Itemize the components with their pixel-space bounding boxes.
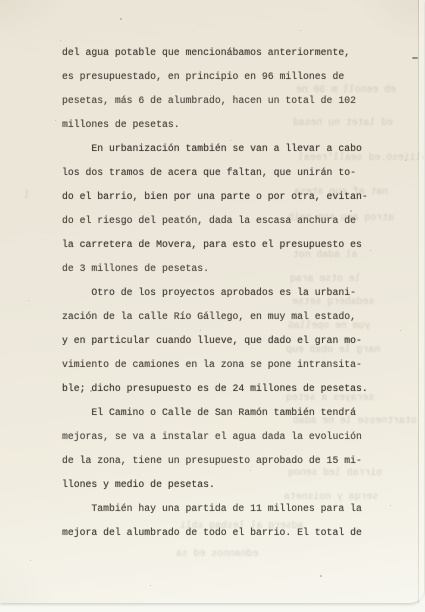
text-line: También hay una partida de 11 millones p… bbox=[62, 497, 402, 521]
text-line: En urbanización también se van a llevar … bbox=[62, 137, 402, 161]
text-line: llones y medio de pesetas. bbox=[62, 473, 402, 497]
text-line: la carretera de Movera, para esto el pre… bbox=[62, 233, 402, 257]
paper-speckle bbox=[30, 560, 31, 561]
paper-speckle bbox=[405, 160, 406, 161]
paper-speckle bbox=[120, 18, 122, 20]
ink-smudge bbox=[412, 57, 418, 59]
text-line: Otro de los proyectos aprobados es la ur… bbox=[62, 281, 402, 305]
text-line: do el barrio, bien por una parte o por o… bbox=[62, 185, 402, 209]
text-line: y en particular cuando llueve, que dado … bbox=[62, 329, 402, 353]
text-line: es presupuestado, en principio en 96 mil… bbox=[62, 65, 402, 89]
scan-right-edge bbox=[419, 0, 424, 603]
bleed-through-text: ednannos ed sa bbox=[176, 548, 258, 560]
text-line: del agua potable que mencionábamos anter… bbox=[62, 41, 402, 65]
text-line: pesetas, más 6 de alumbrado, hacen un to… bbox=[62, 89, 402, 113]
paper-speckle bbox=[350, 210, 352, 212]
paper-speckle bbox=[210, 95, 211, 96]
paper-speckle bbox=[400, 330, 401, 331]
paper-speckle bbox=[230, 140, 231, 141]
text-line: do el riesgo del peatón, dada la escasa … bbox=[62, 209, 402, 233]
text-line: los dos tramos de acera que faltan, que … bbox=[62, 161, 402, 185]
text-line: zación de la calle Río Gállego, en muy m… bbox=[62, 305, 402, 329]
paper-speckle bbox=[150, 585, 151, 586]
text-line: millones de pesetas. bbox=[62, 113, 402, 137]
text-line: vimiento de camiones en la zona se pone … bbox=[62, 353, 402, 377]
text-line: ble; dicho presupuesto es de 24 millones… bbox=[62, 377, 402, 401]
paper-speckle bbox=[250, 470, 251, 471]
text-line: mejoras, se va a instalar el agua dada l… bbox=[62, 425, 402, 449]
text-line: de la zona, tiene un presupuesto aprobad… bbox=[62, 449, 402, 473]
document-page: eb eenoll m 30 need latet nu nesaddaliie… bbox=[0, 0, 424, 603]
paper-speckle bbox=[200, 330, 201, 331]
paper-speckle bbox=[55, 120, 56, 121]
paper-speckle bbox=[28, 300, 29, 301]
paper-speckle bbox=[90, 390, 92, 392]
paper-speckle bbox=[390, 505, 391, 506]
bleed-through-text: l bbox=[24, 190, 30, 202]
text-line: mejora del alumbrado de todo el barrio. … bbox=[62, 521, 402, 545]
paper-speckle bbox=[60, 40, 61, 41]
text-line: El Camino o Calle de San Ramón también t… bbox=[62, 401, 402, 425]
paper-speckle bbox=[300, 30, 301, 31]
text-line: de 3 millones de pesetas. bbox=[62, 257, 402, 281]
paper-speckle bbox=[370, 250, 371, 251]
page-text: del agua potable que mencionábamos anter… bbox=[62, 41, 402, 545]
paper-speckle bbox=[320, 575, 322, 577]
